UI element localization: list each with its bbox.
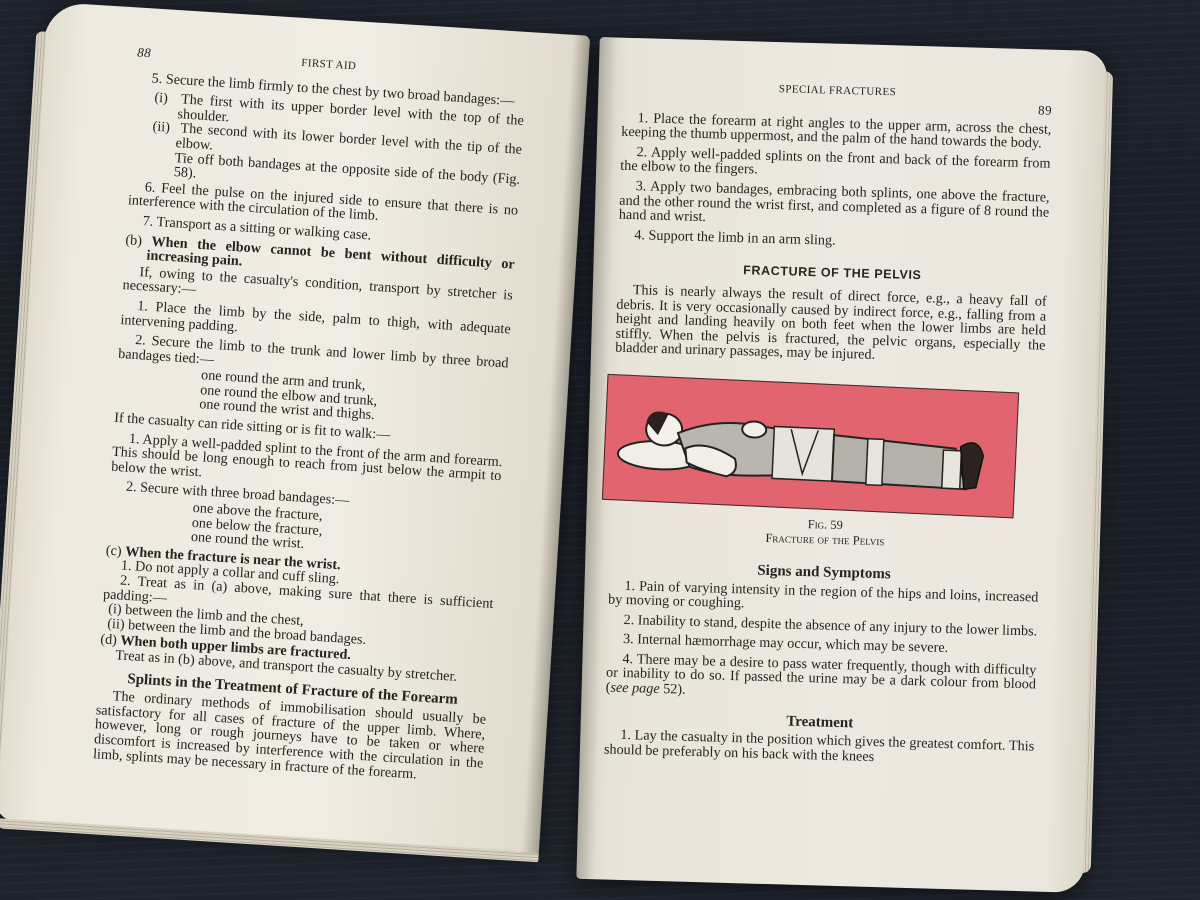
running-header: SPECIAL FRACTURES 89 (622, 78, 1052, 105)
left-page-content: 88 FIRST AID 5. Secure the limb firmly t… (92, 46, 527, 791)
page-edges-bottom (0, 818, 539, 862)
forearm-step-3: 3. Apply two bandages, embracing both sp… (619, 179, 1050, 235)
page-number: 88 (137, 46, 152, 61)
sign-4-end: 52). (659, 681, 685, 698)
page-reference: see page (610, 680, 660, 697)
page-edges (0, 31, 46, 826)
section-b-label: (b) (125, 232, 143, 249)
page-edges-right (1083, 71, 1113, 873)
section-c-label: (c) (105, 542, 122, 559)
roman-ii: (ii) (152, 119, 170, 136)
sign-4: 4. There may be a desire to pass water f… (605, 651, 1036, 707)
pelvis-text: This is nearly always the result of dire… (615, 283, 1047, 368)
section-d-label: (d) (100, 632, 118, 649)
page-number: 89 (1038, 103, 1052, 118)
figure-59-illustration (602, 374, 1019, 519)
right-page: SPECIAL FRACTURES 89 1. Place the forear… (576, 37, 1107, 893)
right-page-content: SPECIAL FRACTURES 89 1. Place the forear… (604, 78, 1053, 774)
running-head-title: SPECIAL FRACTURES (779, 82, 897, 100)
left-page: 88 FIRST AID 5. Secure the limb firmly t… (0, 2, 590, 855)
running-head-title: FIRST AID (301, 56, 357, 74)
roman-i: (i) (154, 90, 168, 107)
patient-lying-icon (603, 375, 1018, 517)
figure-caption: Fig. 59 Fracture of the Pelvis (610, 511, 1041, 553)
